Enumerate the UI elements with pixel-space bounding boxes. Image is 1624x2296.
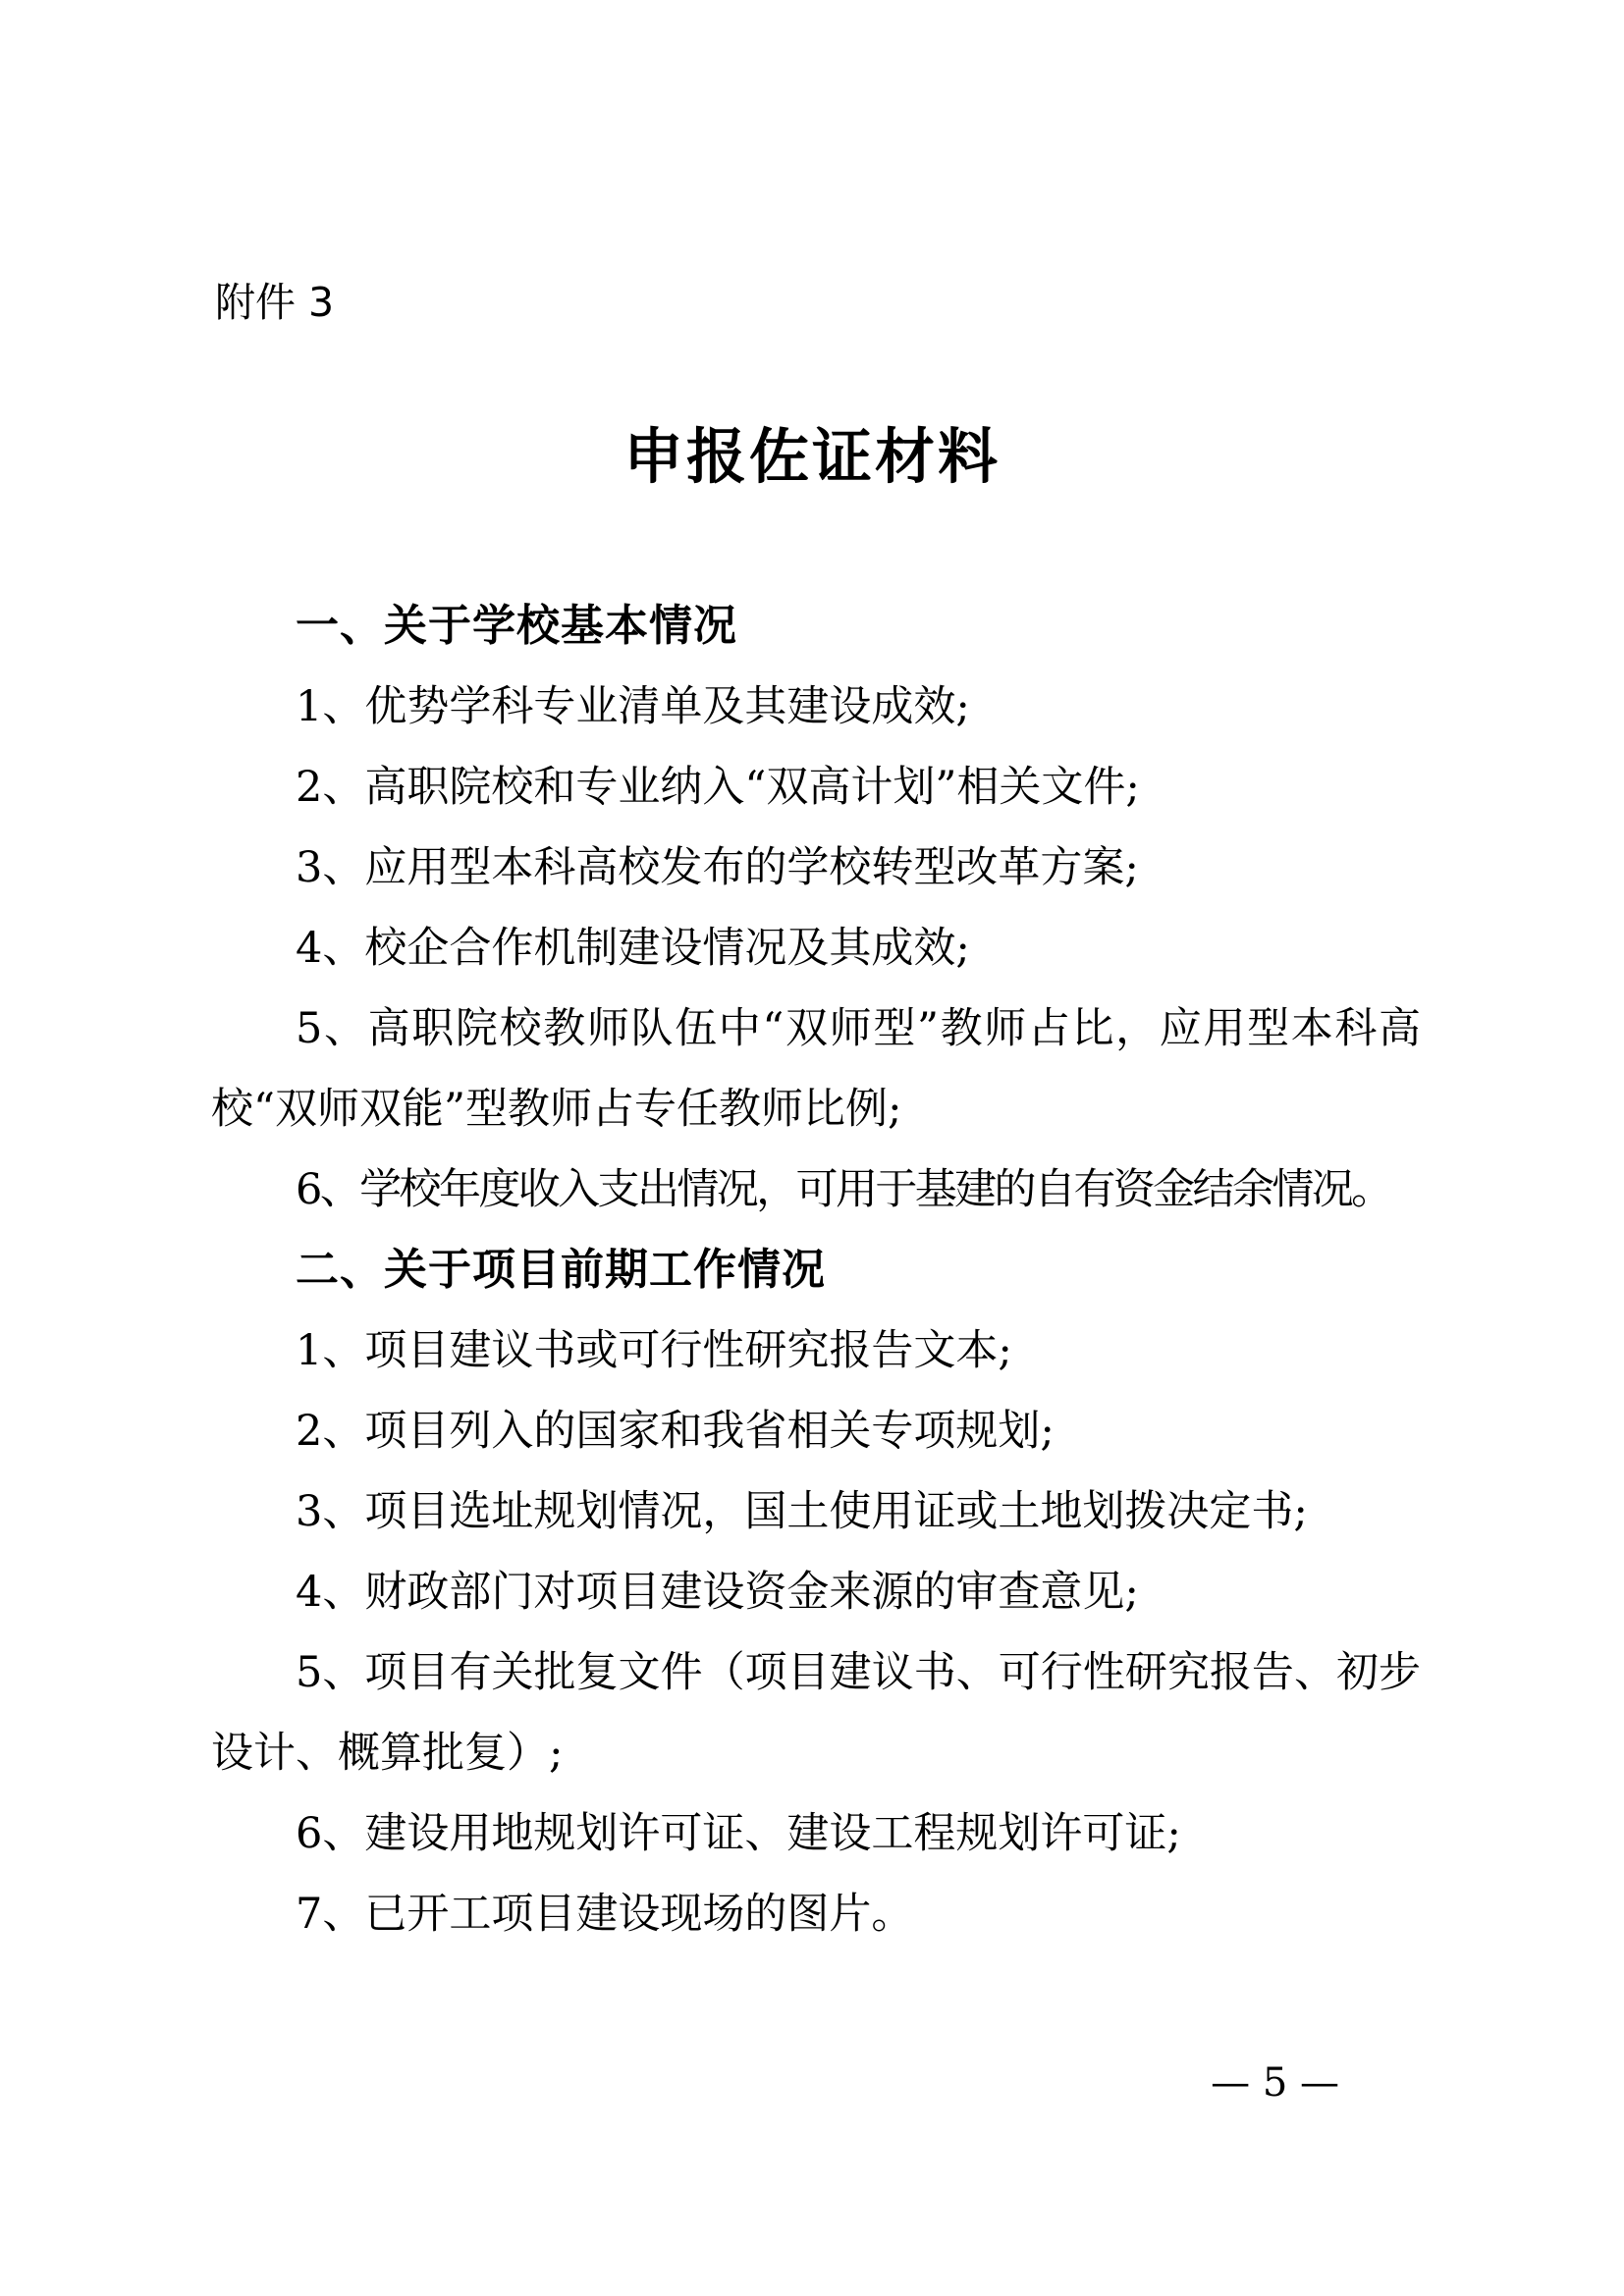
list-item: 3、项目选址规划情况，国土使用证或土地划拨决定书; bbox=[211, 1471, 1421, 1552]
list-item: 1、项目建议书或可行性研究报告文本; bbox=[211, 1310, 1421, 1391]
list-item: 2、高职院校和专业纳入“双高计划”相关文件; bbox=[211, 747, 1421, 828]
list-item: 3、应用型本科高校发布的学校转型改革方案; bbox=[211, 828, 1421, 908]
list-item: 5、项目有关批复文件（项目建议书、可行性研究报告、初步设计、概算批复）; bbox=[211, 1632, 1421, 1793]
section-project-preliminary-work: 二、关于项目前期工作情况 1、项目建议书或可行性研究报告文本; 2、项目列入的国… bbox=[211, 1230, 1421, 1954]
list-item: 7、已开工项目建设现场的图片。 bbox=[211, 1874, 1421, 1954]
section-school-basic-info: 一、关于学校基本情况 1、优势学科专业清单及其建设成效; 2、高职院校和专业纳入… bbox=[211, 586, 1421, 1230]
attachment-label: 附件 3 bbox=[215, 279, 334, 326]
section-heading: 一、关于学校基本情况 bbox=[211, 586, 1421, 667]
list-item: 2、项目列入的国家和我省相关专项规划; bbox=[211, 1391, 1421, 1471]
list-item: 6、学校年度收入支出情况，可用于基建的自有资金结余情况。 bbox=[211, 1149, 1421, 1230]
list-item: 6、建设用地规划许可证、建设工程规划许可证; bbox=[211, 1793, 1421, 1874]
document-body: 一、关于学校基本情况 1、优势学科专业清单及其建设成效; 2、高职院校和专业纳入… bbox=[211, 586, 1421, 1954]
list-item: 5、高职院校教师队伍中“双师型”教师占比，应用型本科高校“双师双能”型教师占专任… bbox=[211, 988, 1421, 1149]
page-number: — 5 — bbox=[1211, 2059, 1339, 2107]
document-title: 申报佐证材料 bbox=[0, 418, 1624, 497]
list-item: 4、财政部门对项目建设资金来源的审查意见; bbox=[211, 1552, 1421, 1632]
document-page: 附件 3 申报佐证材料 一、关于学校基本情况 1、优势学科专业清单及其建设成效;… bbox=[0, 0, 1624, 2296]
section-heading: 二、关于项目前期工作情况 bbox=[211, 1230, 1421, 1310]
list-item: 1、优势学科专业清单及其建设成效; bbox=[211, 667, 1421, 747]
list-item: 4、校企合作机制建设情况及其成效; bbox=[211, 908, 1421, 988]
